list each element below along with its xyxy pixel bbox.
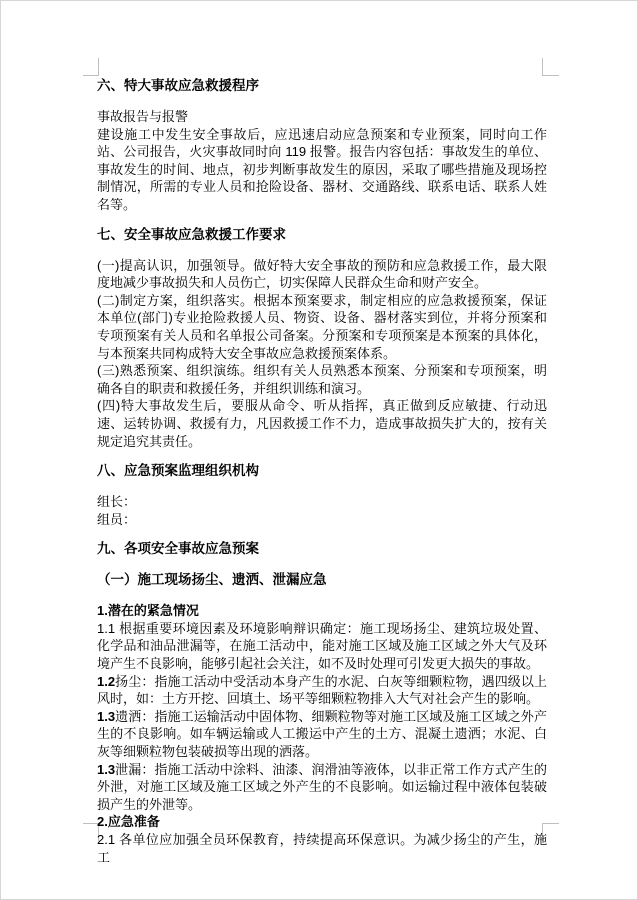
requirement-item-1: (一)提高认识，加强领导。做好特大安全事故的预防和应急救援工作，最大限度地减少事… xyxy=(97,257,547,292)
paragraph-number: 1.2 xyxy=(97,674,115,689)
paragraph-number: 1.3 xyxy=(97,709,115,724)
report-alarm-paragraph: 建设施工中发生安全事故后，应迅速启动应急预案和专业预案，同时向工作站、公司报告，… xyxy=(97,126,547,214)
paragraph-text: 遗洒：指施工运输活动中固体物、细颗粒物等对施工区域及施工区域之外产生的不良影响。… xyxy=(97,709,547,759)
section-heading-9: 九、各项安全事故应急预案 xyxy=(97,540,547,558)
paragraph-1-2: 1.2扬尘：指施工活动中受活动本身产生的水泥、白灰等细颗粒物，遇四级以上风时，如… xyxy=(97,673,547,708)
requirement-item-3: (三)熟悉预案、组织演练。组织有关人员熟悉本预案、分预案和专项预案，明确各自的职… xyxy=(97,362,547,397)
paragraph-1-1: 1.1 根据重要环境因素及环境影响辩识确定：施工现场扬尘、建筑垃圾处置、化学品和… xyxy=(97,620,547,673)
subsection-heading-dust-spill-leak: （一）施工现场扬尘、遗洒、泄漏应急 xyxy=(97,571,547,589)
crop-mark-top-left xyxy=(98,58,99,76)
section-heading-7: 七、安全事故应急救援工作要求 xyxy=(97,226,547,244)
crop-mark-top-right xyxy=(542,58,543,76)
paragraph-text: 泄漏：指施工活动中涂料、油漆、润滑油等液体，以非正常工作方式产生的外泄，对施工区… xyxy=(97,762,547,812)
section-heading-8: 八、应急预案监理组织机构 xyxy=(97,462,547,480)
requirement-item-2: (二)制定方案，组织落实。根据本预案要求，制定相应的应急救援预案，保证本单位(部… xyxy=(97,292,547,362)
paragraph-2-1: 2.1 各单位应加强全员环保教育，持续提高环保意识。为减少扬尘的产生，施工 xyxy=(97,831,547,866)
part-heading-emergency-preparation: 2.应急准备 xyxy=(97,813,547,831)
group-leader-label: 组长： xyxy=(97,493,547,511)
paragraph-1-3-leak: 1.3泄漏：指施工活动中涂料、油漆、润滑油等液体，以非正常工作方式产生的外泄，对… xyxy=(97,761,547,814)
part-heading-potential-emergency: 1.潜在的紧急情况 xyxy=(97,602,547,620)
paragraph-number: 1.3 xyxy=(97,762,115,777)
report-alarm-title: 事故报告与报警 xyxy=(97,108,547,126)
section-heading-6: 六、特大事故应急救援程序 xyxy=(97,77,547,95)
crop-mark-top-left xyxy=(83,75,99,76)
document-body: 六、特大事故应急救援程序 事故报告与报警 建设施工中发生安全事故后，应迅速启动应… xyxy=(97,77,547,866)
group-member-label: 组员： xyxy=(97,511,547,529)
paragraph-text: 扬尘：指施工活动中受活动本身产生的水泥、白灰等细颗粒物，遇四级以上风时，如：土方… xyxy=(97,674,547,707)
document-page: 六、特大事故应急救援程序 事故报告与报警 建设施工中发生安全事故后，应迅速启动应… xyxy=(0,0,638,900)
requirement-item-4: (四)特大事故发生后，要服从命令、听从指挥，真正做到反应敏捷、行动迅速、运转协调… xyxy=(97,397,547,450)
paragraph-1-3-spill: 1.3遗洒：指施工运输活动中固体物、细颗粒物等对施工区域及施工区域之外产生的不良… xyxy=(97,708,547,761)
crop-mark-top-right xyxy=(542,75,559,76)
